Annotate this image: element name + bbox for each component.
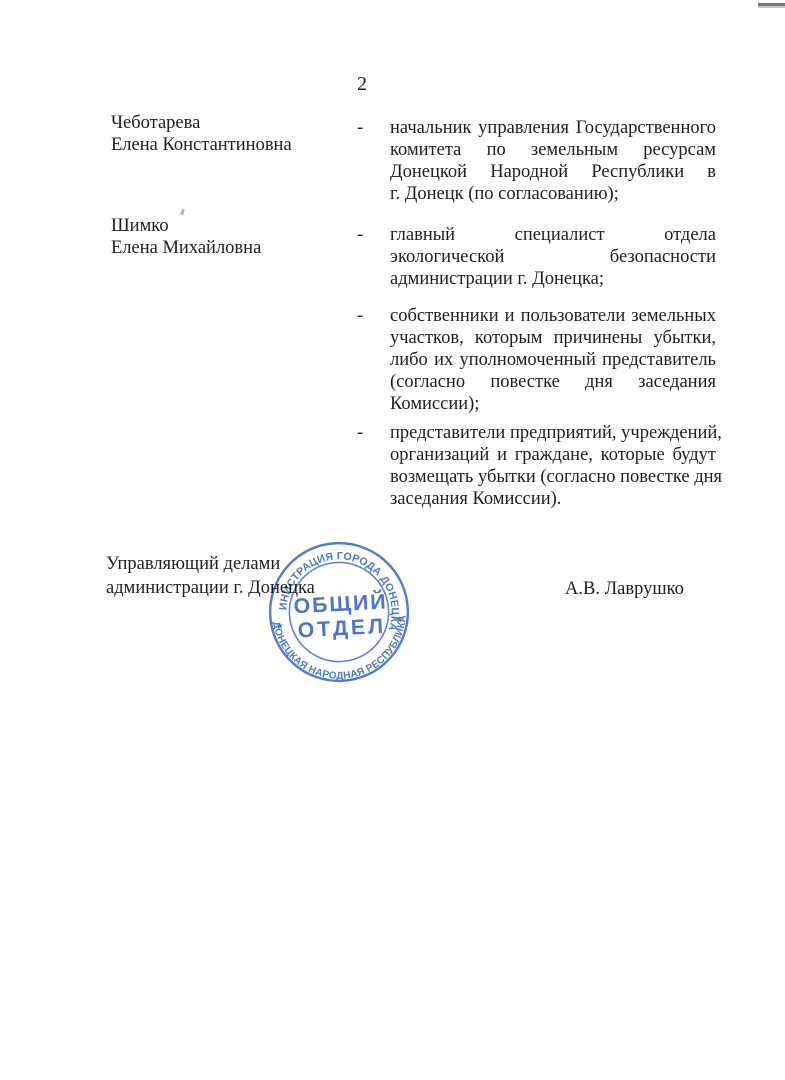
text-line: комитета по земельным ресурсам — [390, 139, 716, 161]
text-line: начальник управления Государственного — [390, 117, 716, 139]
attendee-description: начальник управления Государственногоком… — [390, 117, 716, 205]
official-stamp: АДМИНИСТРАЦИЯ ГОРОДА ДОНЕЦКА ДОНЕЦКАЯ НА… — [258, 531, 420, 693]
text-line: главный специалист отдела — [390, 224, 716, 246]
text-line: (согласно повестке дня заседания — [390, 371, 716, 393]
text-line: собственники и пользователи земельных — [390, 305, 716, 327]
text-line: представители предприятий, учреждений, — [390, 422, 716, 444]
list-dash: - — [357, 224, 379, 246]
text-line: Шимко — [111, 215, 366, 237]
stamp-star-right-icon: ★ — [395, 614, 404, 624]
attendee-description: собственники и пользователи земельныхуча… — [390, 305, 716, 415]
scan-artifact-dash — [758, 3, 785, 8]
attendee-name: ШимкоЕлена Михайловна — [111, 215, 366, 259]
text-line: Елена Михайловна — [111, 237, 366, 259]
list-dash: - — [357, 305, 379, 327]
text-line: Елена Константиновна — [111, 134, 366, 156]
text-line: г. Донецк (по согласованию); — [390, 183, 716, 205]
attendee-description: представители предприятий, учреждений,ор… — [390, 422, 716, 510]
attendee-name: ЧеботареваЕлена Константиновна — [111, 112, 366, 156]
stamp-star-left-icon: ★ — [275, 621, 284, 631]
list-dash: - — [357, 117, 379, 139]
text-line: Донецкой Народной Республики в — [390, 161, 716, 183]
attendee-description: главный специалист отделаэкологической б… — [390, 224, 716, 290]
text-line: либо их уполномоченный представитель — [390, 349, 716, 371]
document-page: 2 ЧеботареваЕлена Константиновна - начал… — [0, 0, 785, 1080]
page-number: 2 — [348, 73, 376, 95]
text-line: организаций и граждане, которые будут — [390, 444, 716, 466]
text-line: участков, которым причинены убытки, — [390, 327, 716, 349]
text-line: Комиссии); — [390, 393, 716, 415]
text-line: Чеботарева — [111, 112, 366, 134]
text-line: администрации г. Донецка; — [390, 268, 716, 290]
text-line: заседания Комиссии). — [390, 488, 716, 510]
signature-name: А.В. Лаврушко — [565, 578, 684, 600]
list-dash: - — [357, 422, 379, 444]
text-line: возмещать убытки (согласно повестке дня — [390, 466, 716, 488]
text-line: экологической безопасности — [390, 246, 716, 268]
stamp-center-line2: ОТДЕЛ — [297, 614, 387, 643]
